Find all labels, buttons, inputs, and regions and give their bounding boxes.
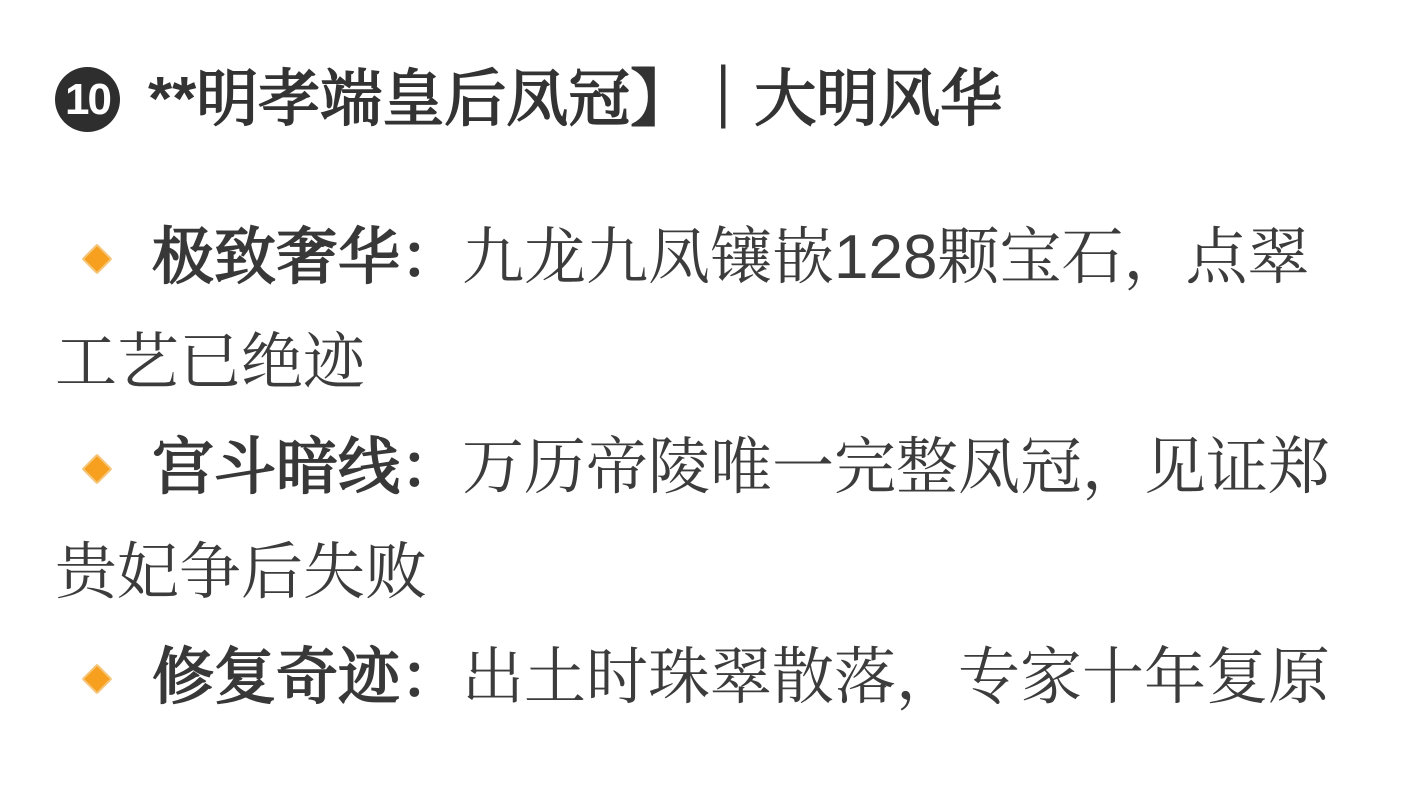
bullet-term: 修复奇迹： xyxy=(152,643,462,712)
note-content: 10 **明孝端皇后凤冠】｜大明风华 极致奢华：九龙九凤镶嵌128颗宝石，点翠 … xyxy=(0,0,1415,730)
list-item: 宫斗暗线：万历帝陵唯一完整凤冠，见证郑 xyxy=(55,415,1385,520)
section-heading: 10 **明孝端皇后凤冠】｜大明风华 xyxy=(55,0,1385,137)
bullet-term: 宫斗暗线： xyxy=(152,433,462,502)
badge-number: 10 xyxy=(65,62,110,137)
orange-diamond-bullet-icon xyxy=(81,663,112,694)
bullet-list: 极致奢华：九龙九凤镶嵌128颗宝石，点翠 工艺已绝迹 宫斗暗线：万历帝陵唯一完整… xyxy=(55,205,1385,730)
list-item: 极致奢华：九龙九凤镶嵌128颗宝石，点翠 xyxy=(55,205,1385,310)
bullet-text: 出土时珠翠散落，专家十年复原 xyxy=(462,643,1330,712)
number-10-badge-icon: 10 xyxy=(55,67,120,132)
list-item-continuation: 工艺已绝迹 xyxy=(55,310,1385,415)
orange-diamond-bullet-icon xyxy=(81,453,112,484)
list-item-continuation: 贵妃争后失败 xyxy=(55,520,1385,625)
bullet-term: 极致奢华： xyxy=(152,223,462,292)
list-item: 修复奇迹：出土时珠翠散落，专家十年复原 xyxy=(55,625,1385,730)
bullet-text: 九龙九凤镶嵌128颗宝石，点翠 xyxy=(462,223,1309,292)
section-title: **明孝端皇后凤冠】｜大明风华 xyxy=(148,62,1002,137)
orange-diamond-bullet-icon xyxy=(81,243,112,274)
bullet-text: 万历帝陵唯一完整凤冠，见证郑 xyxy=(462,433,1330,502)
